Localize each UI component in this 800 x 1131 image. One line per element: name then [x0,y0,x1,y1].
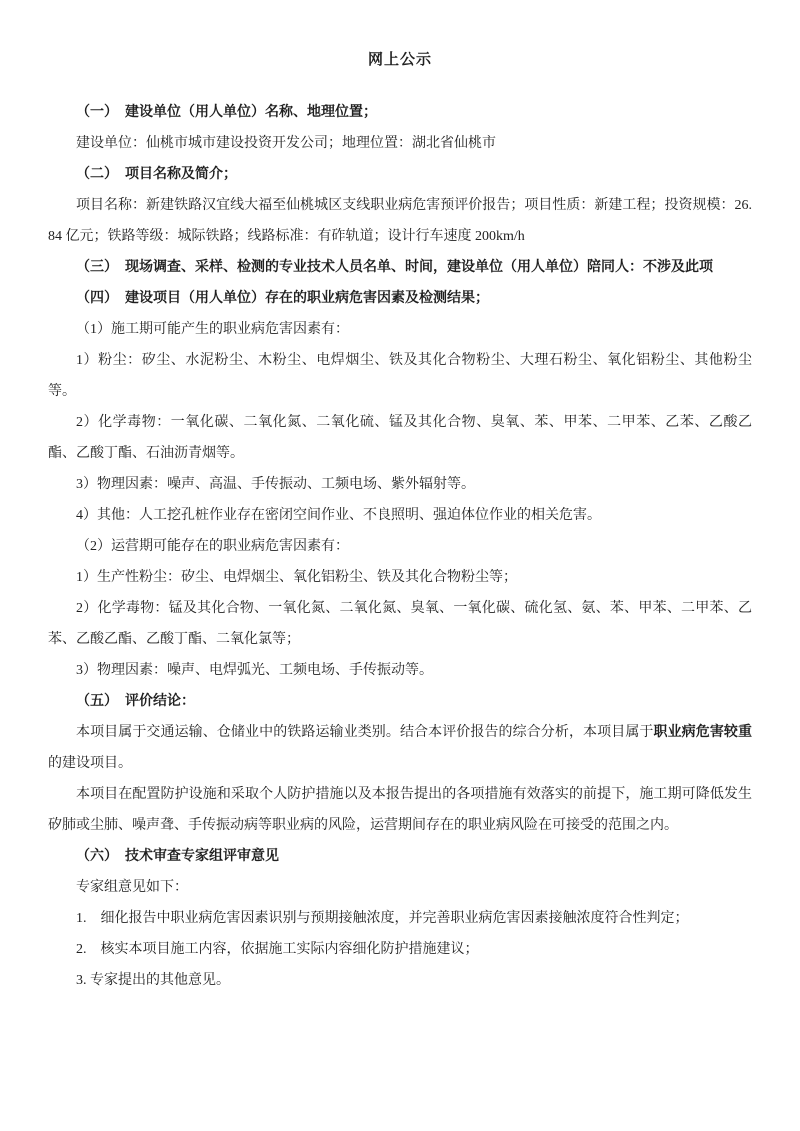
conclusion-text-post: 的建设项目。 [48,756,132,771]
document-page: 网上公示 （一） 建设单位（用人单位）名称、地理位置； 建设单位：仙桃市城市建设… [0,0,800,1131]
para-construction-chemicals: 2）化学毒物：一氧化碳、二氧化氮、二氧化硫、锰及其化合物、臭氧、苯、甲苯、二甲苯… [48,407,752,469]
page-title: 网上公示 [48,45,752,76]
heading-section-4-hazard-factors: （四） 建设项目（用人单位）存在的职业病危害因素及检测结果； [48,283,752,314]
para-construction-dust: 1）粉尘：矽尘、水泥粉尘、木粉尘、电焊烟尘、铁及其化合物粉尘、大理石粉尘、氧化铝… [48,345,752,407]
para-expert-opinions-intro: 专家组意见如下： [48,872,752,903]
heading-section-6-expert-review: （六） 技术审查专家组评审意见 [48,841,752,872]
para-project-name-details: 项目名称：新建铁路汉宜线大福至仙桃城区支线职业病危害预评价报告；项目性质：新建工… [48,190,752,252]
para-construction-unit: 建设单位：仙桃市城市建设投资开发公司；地理位置：湖北省仙桃市 [48,128,752,159]
para-construction-other: 4）其他：人工挖孔桩作业存在密闭空间作业、不良照明、强迫体位作业的相关危害。 [48,500,752,531]
para-risk-mitigation: 本项目在配置防护设施和采取个人防护措施以及本报告提出的各项措施有效落实的前提下，… [48,779,752,841]
para-expert-opinion-2: 2. 核实本项目施工内容，依据施工实际内容细化防护措施建议； [48,934,752,965]
para-expert-opinion-3: 3. 专家提出的其他意见。 [48,965,752,996]
para-evaluation-conclusion: 本项目属于交通运输、仓储业中的铁路运输业类别。结合本评价报告的综合分析，本项目属… [48,717,752,779]
conclusion-text-pre: 本项目属于交通运输、仓储业中的铁路运输业类别。结合本评价报告的综合分析，本项目属… [76,725,654,740]
para-operation-dust: 1）生产性粉尘：矽尘、电焊烟尘、氧化铝粉尘、铁及其化合物粉尘等； [48,562,752,593]
heading-section-2-project-intro: （二） 项目名称及简介； [48,159,752,190]
para-construction-physical: 3）物理因素：噪声、高温、手传振动、工频电场、紫外辐射等。 [48,469,752,500]
heading-section-3-site-survey: （三） 现场调查、采样、检测的专业技术人员名单、时间，建设单位（用人单位）陪同人… [48,252,752,283]
para-construction-period-intro: （1）施工期可能产生的职业病危害因素有： [48,314,752,345]
para-operation-physical: 3）物理因素：噪声、电焊弧光、工频电场、手传振动等。 [48,655,752,686]
conclusion-hazard-level: 职业病危害较重 [654,725,753,740]
para-expert-opinion-1: 1. 细化报告中职业病危害因素识别与预期接触浓度，并完善职业病危害因素接触浓度符… [48,903,752,934]
para-operation-period-intro: （2）运营期可能存在的职业病危害因素有： [48,531,752,562]
heading-section-5-conclusion: （五） 评价结论： [48,686,752,717]
para-operation-chemicals: 2）化学毒物：锰及其化合物、一氧化氮、二氧化氮、臭氧、一氧化碳、硫化氢、氨、苯、… [48,593,752,655]
heading-section-1-unit-location: （一） 建设单位（用人单位）名称、地理位置； [48,97,752,128]
